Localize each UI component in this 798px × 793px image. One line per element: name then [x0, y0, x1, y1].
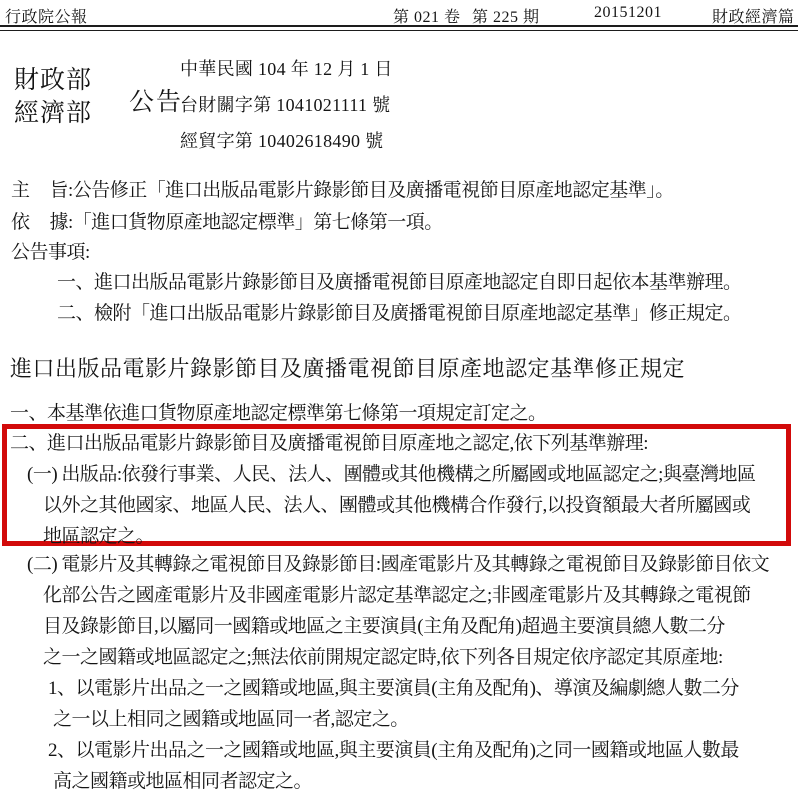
highlight-box: 二、進口出版品電影片錄影節目及廣播電視節目原產地之認定,依下列基準辦理: (一)…	[2, 424, 791, 546]
header-section: 財政經濟篇	[712, 4, 795, 27]
matters-label: 公告事項:	[11, 242, 90, 264]
header-date: 20151201	[594, 4, 662, 22]
basis-label: 依據	[11, 212, 68, 234]
header-volume: 第 021 卷	[393, 4, 461, 27]
article-2-item-2-wrap2: 目及錄影節目,以屬同一國籍或地區之主要演員(主角及配角)超過主要演員總人數二分	[43, 616, 725, 638]
header-issue: 第 225 期	[472, 4, 540, 27]
announcement-date: 中華民國 104 年 12 月 1 日	[180, 55, 393, 81]
article-2-sub-1-wrap: 之一以上相同之國籍或地區同一者,認定之。	[53, 709, 409, 731]
article-2-item-1: (一) 出版品:依發行事業、人民、法人、團體或其他機構之所屬國或地區認定之;與臺…	[27, 464, 755, 486]
article-2-sub-1: 1、以電影片出品之一之國籍或地區,與主要演員(主角及配角)、導演及編劇總人數二分	[48, 678, 739, 700]
article-2-head: 二、進口出版品電影片錄影節目及廣播電視節目原產地之認定,依下列基準辦理:	[10, 433, 648, 455]
ref-no-finance: 台財關字第 1041021111 號	[180, 91, 390, 117]
subject-line: 主旨:公告修正「進口出版品電影片錄影節目及廣播電視節目原產地認定基準」。	[11, 180, 674, 202]
matters-item-1: 一、進口出版品電影片錄影節目及廣播電視節目原產地認定自即日起依本基準辦理。	[57, 272, 742, 294]
article-2-item-1-wrap: 以外之其他國家、地區人民、法人、團體或其他機構合作發行,以投資額最大者所屬國或	[43, 495, 750, 517]
subject-text: :公告修正「進口出版品電影片錄影節目及廣播電視節目原產地認定基準」。	[68, 180, 674, 201]
subject-label: 主旨	[11, 180, 68, 202]
article-2-item-2-wrap3: 之一之國籍或地區認定之;無法依前開規定認定時,依下列各目規定依序認定其原產地:	[43, 647, 723, 669]
doc-type-label: 公告	[129, 82, 183, 118]
article-2-item-2: (二) 電影片及其轉錄之電視節目及錄影節目:國產電影片及其轉錄之電視節目及錄影節…	[27, 554, 769, 576]
article-2-item-2-wrap1: 化部公告之國產電影片及非國產電影片認定基準認定之;非國產電影片及其轉錄之電視節	[43, 585, 751, 607]
basis-line: 依據:「進口貨物原產地認定標準」第七條第一項。	[11, 212, 443, 234]
gazette-page: 行政院公報 第 021 卷 第 225 期 20151201 財政經濟篇 財政部…	[0, 0, 798, 793]
gazette-title: 行政院公報	[5, 4, 88, 27]
ref-no-economy: 經貿字第 10402618490 號	[180, 127, 383, 153]
article-2-sub-2-wrap: 高之國籍或地區相同者認定之。	[53, 771, 312, 793]
basis-text: :「進口貨物原產地認定標準」第七條第一項。	[68, 212, 443, 233]
matters-item-2: 二、檢附「進口出版品電影片錄影節目及廣播電視節目原產地認定基準」修正規定。	[57, 303, 742, 325]
regulation-title: 進口出版品電影片錄影節目及廣播電視節目原產地認定基準修正規定	[10, 352, 685, 383]
header-double-rule	[0, 25, 798, 31]
article-2-item-1-end: 地區認定之。	[43, 526, 154, 548]
agency-economy: 經濟部	[14, 93, 92, 129]
article-2-sub-2: 2、以電影片出品之一之國籍或地區,與主要演員(主角及配角)之同一國籍或地區人數最	[48, 740, 739, 762]
agency-finance: 財政部	[14, 60, 92, 96]
regulation-article-1: 一、本基準依進口貨物原產地認定標準第七條第一項規定訂定之。	[10, 403, 547, 425]
